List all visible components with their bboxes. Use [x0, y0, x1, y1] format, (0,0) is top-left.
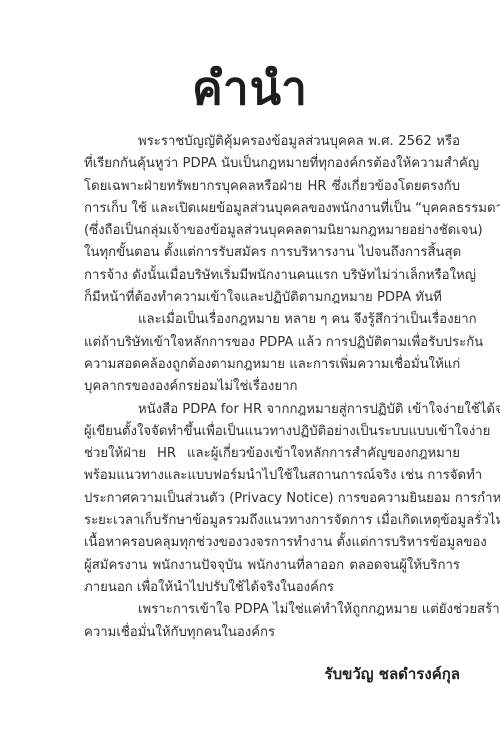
text-line: ในทุกขั้นตอน ตั้งแต่การรับสมัคร การบริหา… [84, 242, 460, 264]
text-line: เพราะการเข้าใจ PDPA ไม่ใช่แค่ทำให้ถูกกฎห… [84, 599, 460, 621]
paragraph-1: พระราชบัญญัติคุ้มครองข้อมูลส่วนบุคคล พ.ศ… [84, 131, 460, 309]
text-line: ก็มีหน้าที่ต้องทำความเข้าใจและปฏิบัติตาม… [84, 287, 460, 309]
text-line: ผู้สมัครงาน พนักงานปัจจุบัน พนักงานที่ลา… [84, 555, 460, 577]
text-line: ระยะเวลาเก็บรักษาข้อมูลรวมถึงแนวทางการจั… [84, 510, 460, 532]
text-line: การจ้าง ดังนั้นเมื่อบริษัทเริ่มมีพนักงาน… [84, 265, 460, 287]
text-line: หนังสือ PDPA for HR จากกฎหมายสู่การปฏิบั… [84, 399, 460, 421]
text-line: ผู้เขียนตั้งใจจัดทำขึ้นเพื่อเป็นแนวทางปฏ… [84, 421, 460, 443]
page-title: คำนำ [0, 58, 500, 118]
text-line: ที่เรียกกันคุ้นหูว่า PDPA นับเป็นกฎหมายท… [84, 153, 460, 175]
paragraph-2: และเมื่อเป็นเรื่องกฎหมาย หลาย ๆ คน จึงรู… [84, 309, 460, 398]
paragraph-3: หนังสือ PDPA for HR จากกฎหมายสู่การปฏิบั… [84, 399, 460, 600]
text-line: แต่ถ้าบริษัทเข้าใจหลักการของ PDPA แล้ว ก… [84, 332, 460, 354]
text-line: การเก็บ ใช้ และเปิดเผยข้อมูลส่วนบุคคลของ… [84, 198, 460, 220]
text-line: (ซึ่งถือเป็นกลุ่มเจ้าของข้อมูลส่วนบุคคลต… [84, 220, 460, 242]
text-line: ภายนอก เพื่อให้นำไปปรับใช้ได้จริงในองค์ก… [84, 577, 460, 599]
text-line: พระราชบัญญัติคุ้มครองข้อมูลส่วนบุคคล พ.ศ… [84, 131, 460, 153]
author-signature: รับขวัญ ชลดำรงค์กุล [325, 663, 460, 685]
text-line: ช่วยให้ฝ่าย HR และผู้เกี่ยวข้องเข้าใจหลั… [84, 443, 460, 465]
text-line: ประกาศความเป็นส่วนตัว (Privacy Notice) ก… [84, 488, 460, 510]
text-line: และเมื่อเป็นเรื่องกฎหมาย หลาย ๆ คน จึงรู… [84, 309, 460, 331]
text-line: โดยเฉพาะฝ่ายทรัพยากรบุคคลหรือฝ่าย HR ซึ่… [84, 176, 460, 198]
text-line: บุคลากรขององค์กรย่อมไม่ใช่เรื่องยาก [84, 376, 460, 398]
text-line: ความเชื่อมั่นให้กับทุกคนในองค์กร [84, 622, 460, 644]
text-line: พร้อมแนวทางและแบบฟอร์มนำไปใช้ในสถานการณ์… [84, 465, 460, 487]
book-page: คำนำ พระราชบัญญัติคุ้มครองข้อมูลส่วนบุคค… [0, 0, 500, 750]
paragraph-4: เพราะการเข้าใจ PDPA ไม่ใช่แค่ทำให้ถูกกฎห… [84, 599, 460, 644]
preface-body: พระราชบัญญัติคุ้มครองข้อมูลส่วนบุคคล พ.ศ… [84, 131, 460, 644]
text-line: ความสอดคล้องถูกต้องตามกฎหมาย และการเพิ่ม… [84, 354, 460, 376]
text-line: เนื้อหาครอบคลุมทุกช่วงของวงจรการทำงาน ตั… [84, 532, 460, 554]
